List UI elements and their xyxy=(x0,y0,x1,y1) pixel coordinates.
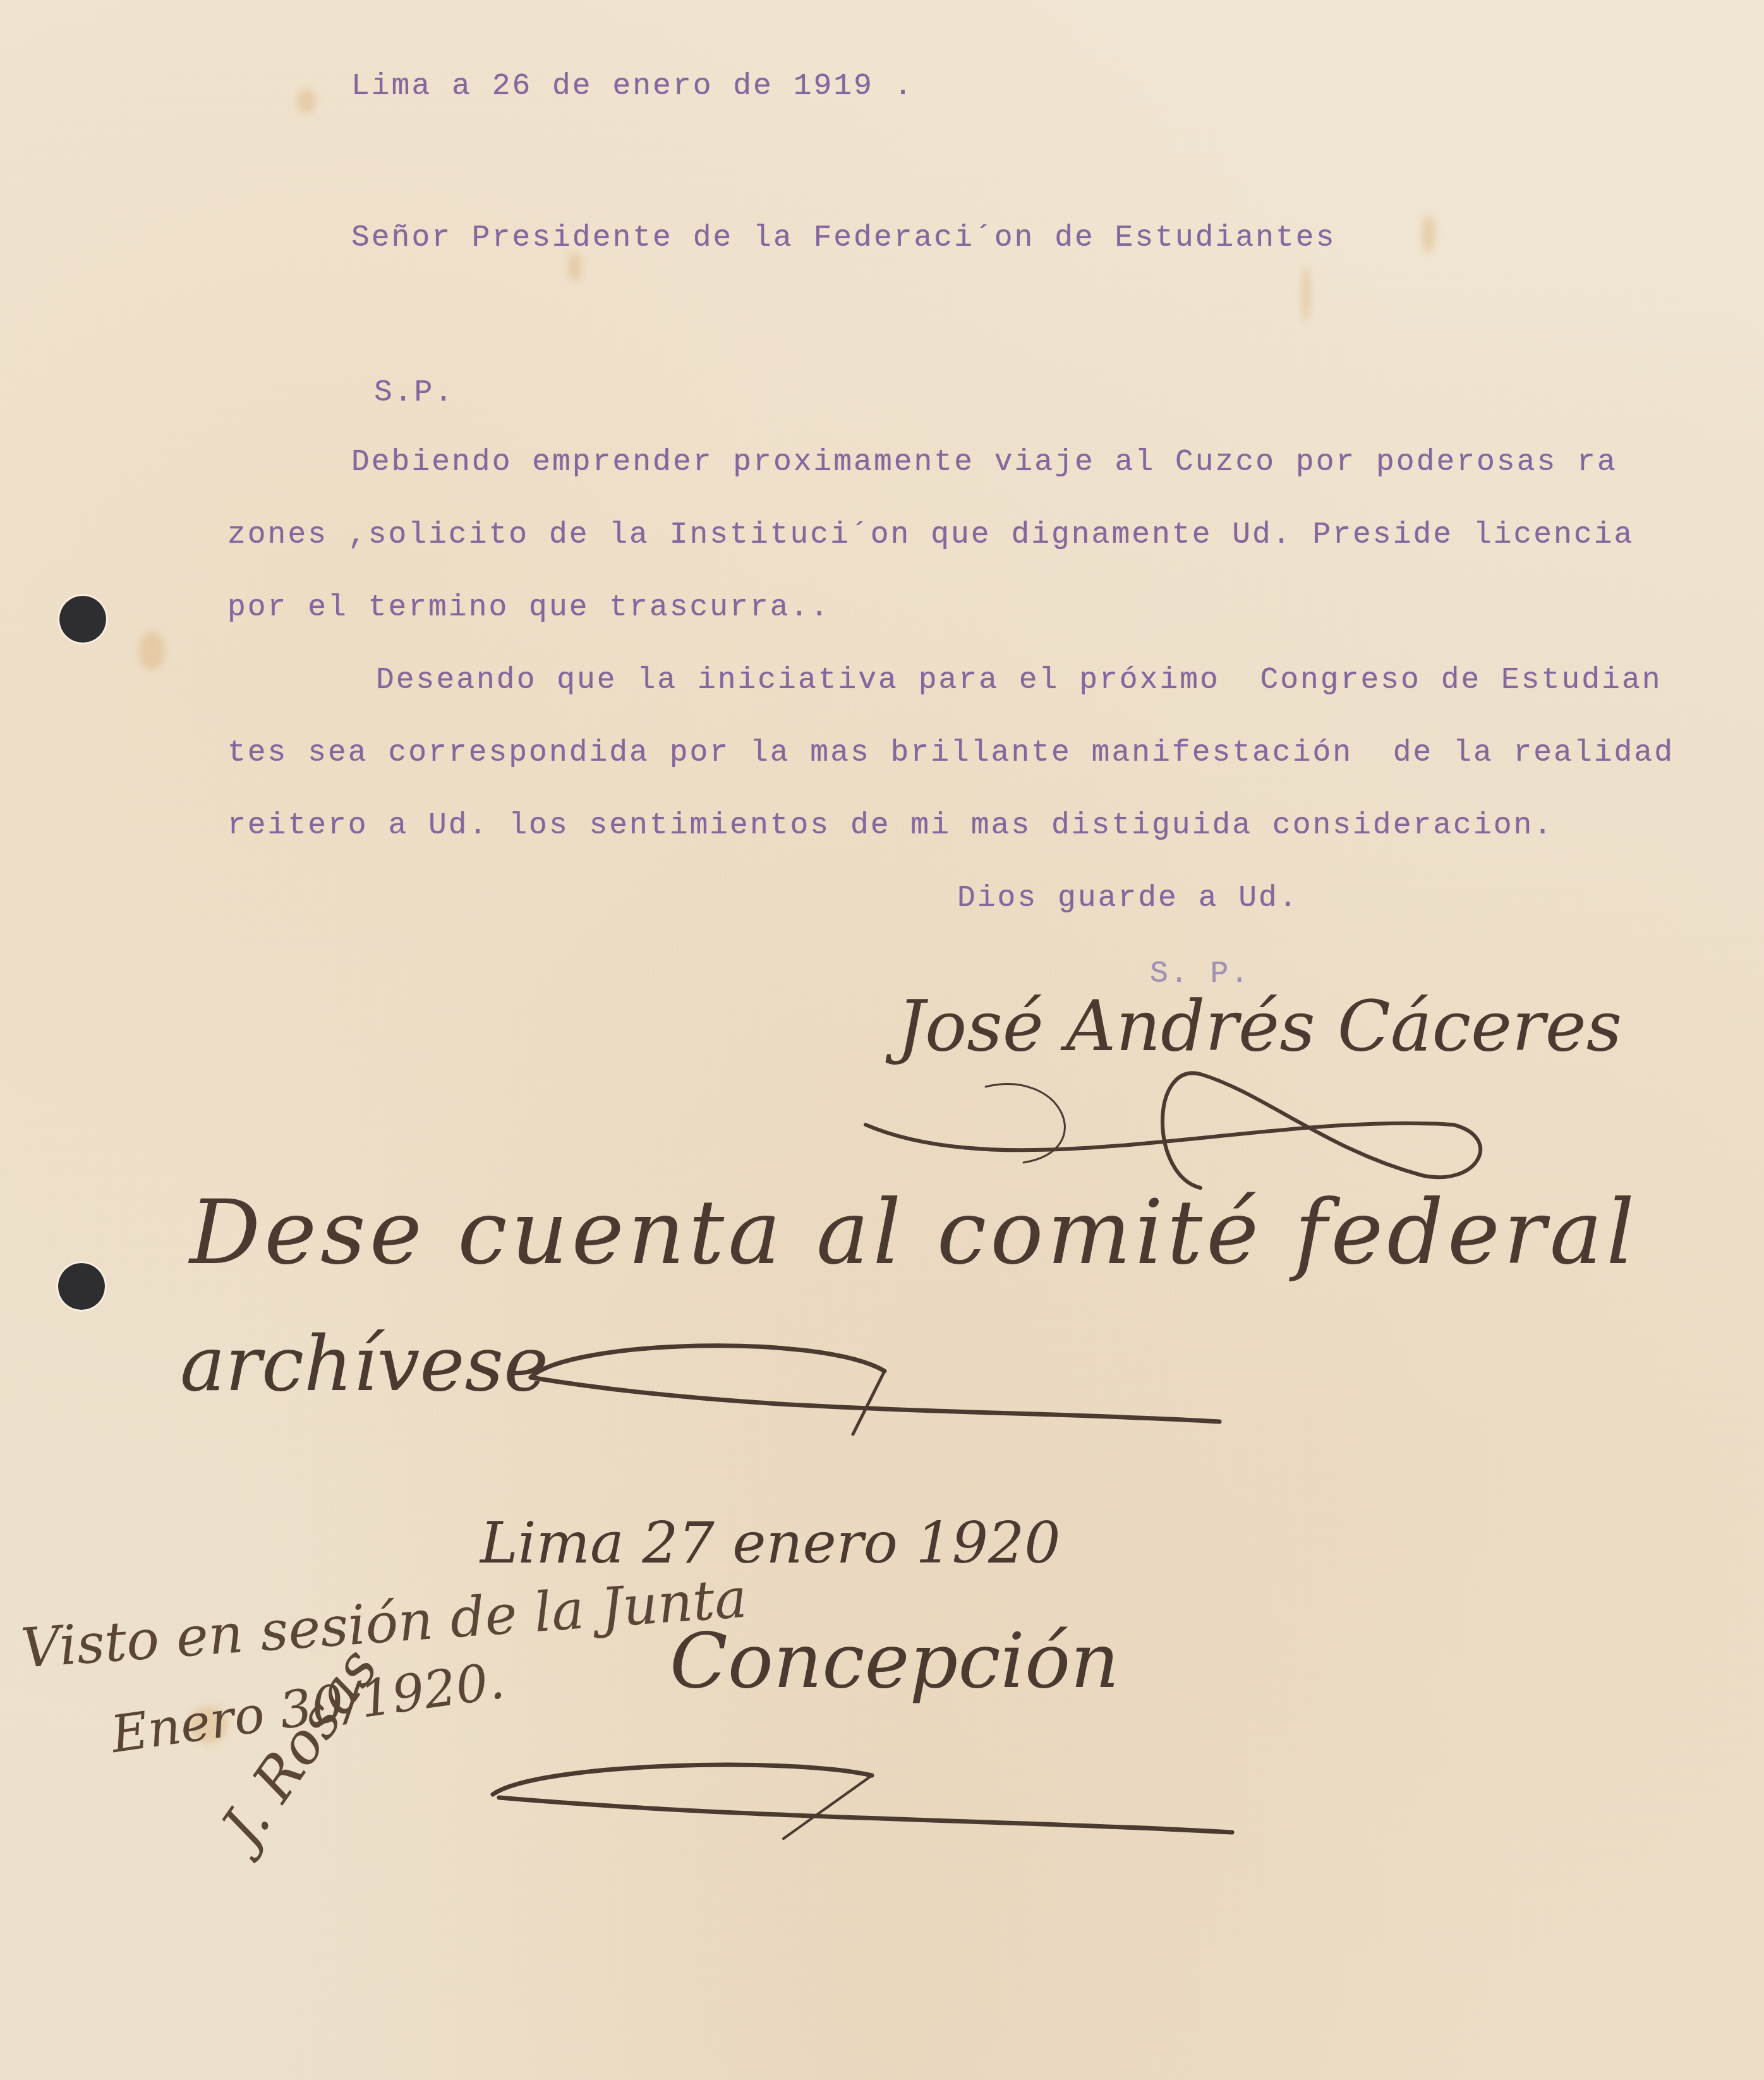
signature-flourishes xyxy=(0,0,1764,2080)
